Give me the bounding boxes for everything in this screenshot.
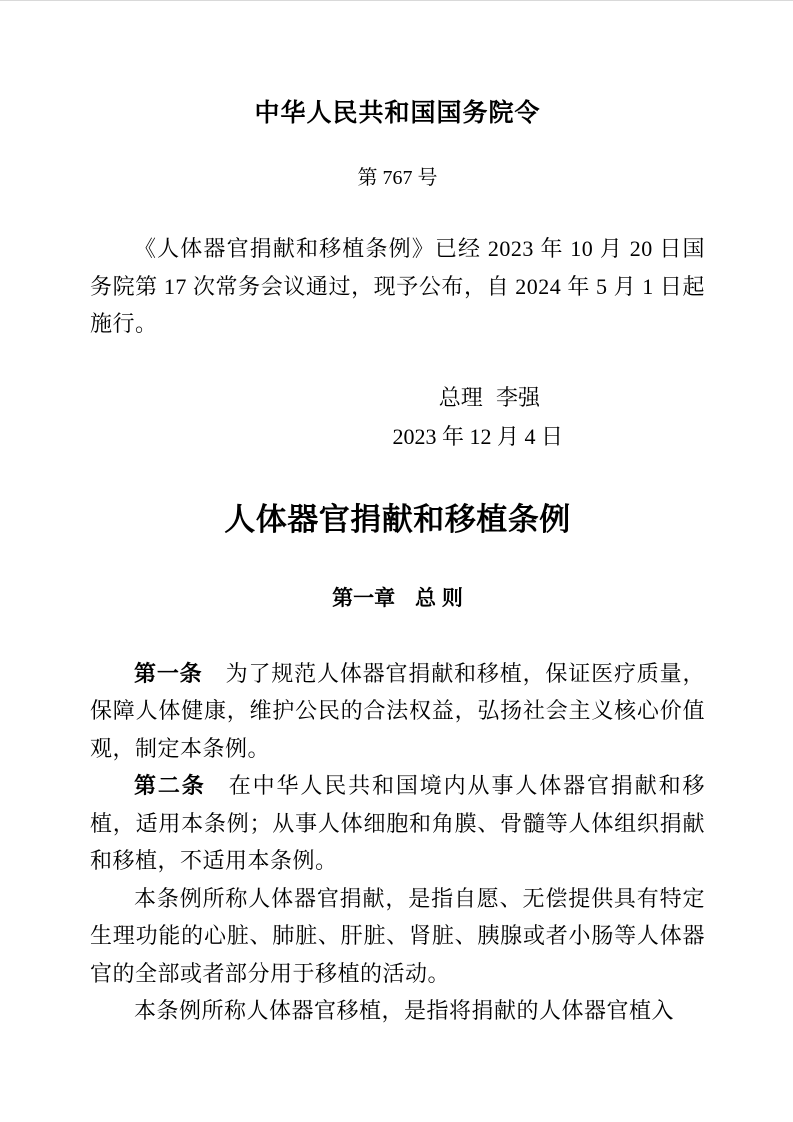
body-paragraph: 本条例所称人体器官移植，是指将捐献的人体器官植入: [90, 992, 705, 1030]
announcement-paragraph: 《人体器官捐献和移植条例》已经 2023 年 10 月 20 日国务院第 17 …: [90, 230, 705, 343]
signature-line: 总理李强: [90, 379, 705, 417]
paragraph-text: 本条例所称人体器官捐献，是指自愿、无偿提供具有特定生理功能的心脏、肺脏、肝脏、肾…: [90, 886, 705, 986]
article-number: 第一条: [134, 661, 203, 686]
body-paragraph: 本条例所称人体器官捐献，是指自愿、无偿提供具有特定生理功能的心脏、肺脏、肝脏、肾…: [90, 880, 705, 993]
signer-name: 李强: [496, 385, 540, 410]
chapter-heading: 第一章总 则: [90, 587, 705, 610]
chapter-name: 总 则: [415, 587, 463, 610]
article-paragraph: 第二条在中华人民共和国境内从事人体器官捐献和移植，适用本条例；从事人体细胞和角膜…: [90, 767, 705, 880]
article-paragraph: 第一条为了规范人体器官捐献和移植，保证医疗质量，保障人体健康，维护公民的合法权益…: [90, 655, 705, 768]
regulation-title: 人体器官捐献和移植条例: [90, 502, 705, 538]
body-paragraphs: 第一条为了规范人体器官捐献和移植，保证医疗质量，保障人体健康，维护公民的合法权益…: [90, 655, 705, 1030]
chapter-number: 第一章: [332, 587, 395, 610]
sign-date: 2023 年 12 月 4 日: [90, 418, 705, 456]
paragraph-text: 本条例所称人体器官移植，是指将捐献的人体器官植入: [134, 998, 674, 1023]
article-number: 第二条: [134, 773, 206, 798]
signer-title: 总理: [439, 385, 483, 410]
order-number: 第 767 号: [90, 167, 705, 189]
order-title: 中华人民共和国国务院令: [90, 100, 705, 127]
document-page: 中华人民共和国国务院令 第 767 号 《人体器官捐献和移植条例》已经 2023…: [0, 0, 793, 1122]
